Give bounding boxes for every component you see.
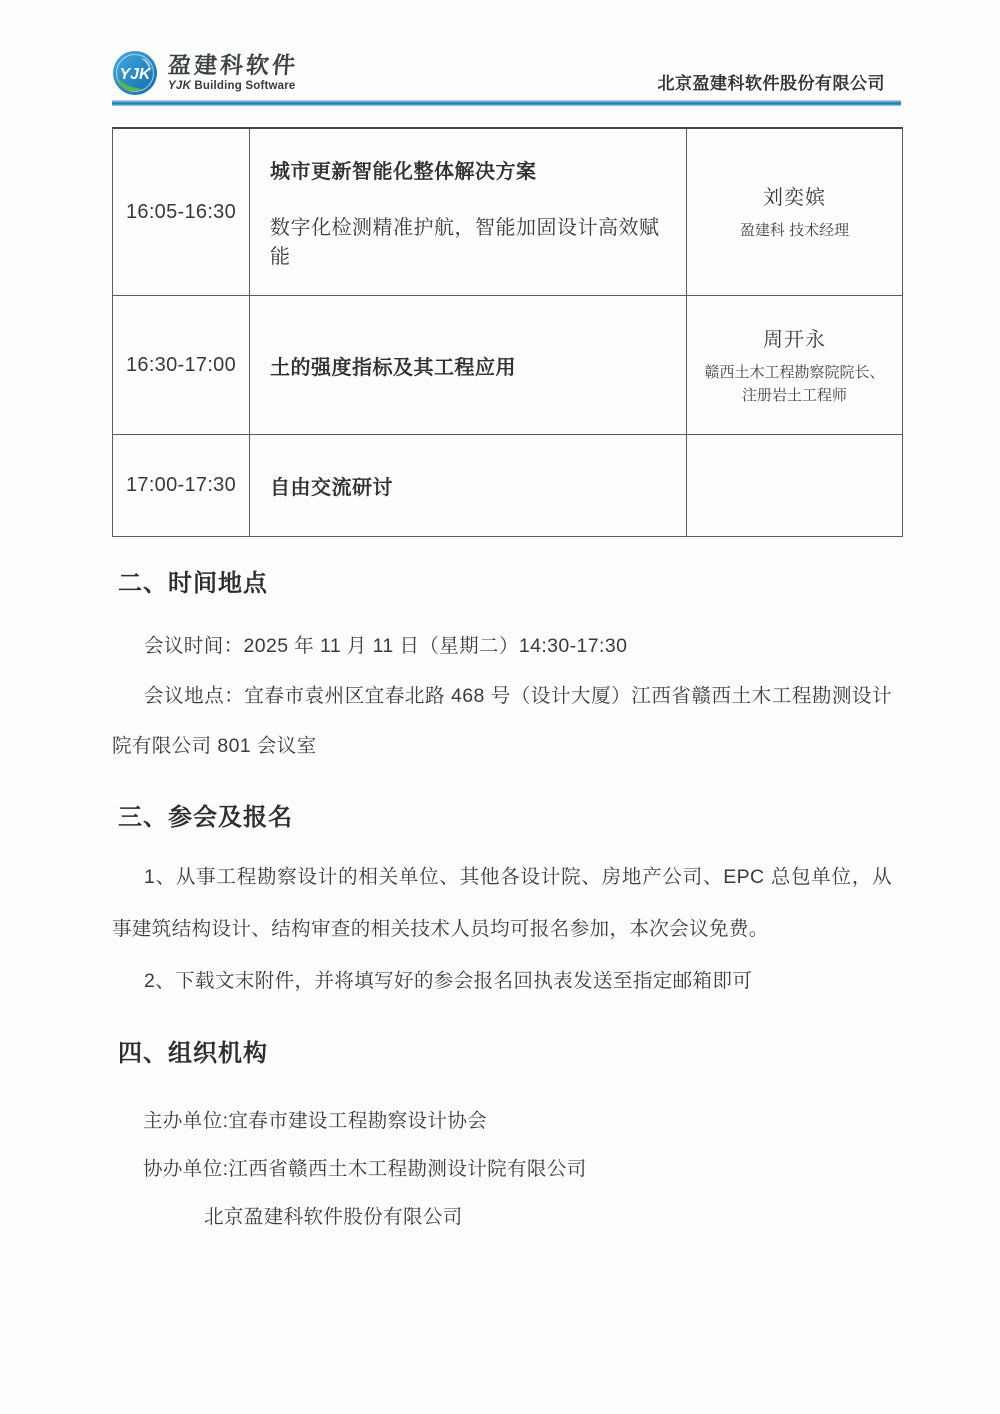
registration-item-1: 1、从事工程勘察设计的相关单位、其他各设计院、房地产公司、EPC 总包单位，从事… <box>112 851 892 955</box>
section-heading-time-location: 二、时间地点 <box>118 567 901 601</box>
agenda-time-cell: 16:05-16:30 <box>113 129 250 295</box>
meeting-time-text: 会议时间：2025 年 11 月 11 日（星期二）14:30-17:30 <box>112 621 892 671</box>
agenda-topic-cell: 土的强度指标及其工程应用 <box>250 296 687 434</box>
speaker-role: 赣西土木工程勘察院院长、 注册岩土工程师 <box>704 361 884 408</box>
agenda-topic-cell: 自由交流研讨 <box>250 435 687 536</box>
co-host-organization-2: 北京盈建科软件股份有限公司 <box>204 1193 901 1241</box>
session-subtitle: 数字化检测精准护航，智能加固设计高效赋能 <box>270 211 672 269</box>
session-title: 城市更新智能化整体解决方案 <box>270 155 672 184</box>
brand-en-rest: Building Software <box>191 80 296 92</box>
speaker-name: 刘奕嫔 <box>763 181 826 210</box>
speaker-role-line1: 赣西土木工程勘察院院长、 <box>704 361 884 384</box>
brand-name-en: YJK Building Software <box>168 81 298 93</box>
speaker-role: 盈建科 技术经理 <box>740 219 849 242</box>
registration-item-2: 2、下载文末附件，并将填写好的参会报名回执表发送至指定邮箱即可 <box>112 955 892 1007</box>
table-row: 17:00-17:30 自由交流研讨 <box>113 434 902 536</box>
session-title: 土的强度指标及其工程应用 <box>270 351 672 380</box>
header-divider-rule <box>112 100 901 106</box>
section-heading-registration: 三、参会及报名 <box>118 801 901 835</box>
speaker-role-line2: 注册岩土工程师 <box>704 384 884 407</box>
table-row: 16:30-17:00 土的强度指标及其工程应用 周开永 赣西土木工程勘察院院长… <box>113 295 902 434</box>
brand-en-yjk: YJK <box>168 80 191 92</box>
agenda-time-cell: 17:00-17:30 <box>113 435 250 536</box>
brand-text: 盈建科软件 YJK Building Software <box>168 54 298 93</box>
header-company-name: 北京盈建科软件股份有限公司 <box>658 69 886 94</box>
co-host-organization: 协办单位:江西省赣西土木工程勘测设计院有限公司 <box>143 1145 901 1193</box>
agenda-time-cell: 16:30-17:00 <box>113 296 250 434</box>
agenda-speaker-cell: 周开永 赣西土木工程勘察院院长、 注册岩土工程师 <box>687 296 902 434</box>
section-heading-organization: 四、组织机构 <box>118 1037 901 1071</box>
agenda-speaker-cell <box>687 435 902 536</box>
speaker-name: 周开永 <box>763 323 826 352</box>
agenda-topic-cell: 城市更新智能化整体解决方案 数字化检测精准护航，智能加固设计高效赋能 <box>250 129 687 295</box>
table-row: 16:05-16:30 城市更新智能化整体解决方案 数字化检测精准护航，智能加固… <box>113 129 902 295</box>
host-organization: 主办单位:宜春市建设工程勘察设计协会 <box>143 1097 901 1145</box>
agenda-table: 16:05-16:30 城市更新智能化整体解决方案 数字化检测精准护航，智能加固… <box>112 127 903 537</box>
organization-list: 主办单位:宜春市建设工程勘察设计协会 协办单位:江西省赣西土木工程勘测设计院有限… <box>112 1097 901 1241</box>
document-page: YJK 盈建科软件 YJK Building Software 北京盈建科软件股… <box>0 0 1000 1414</box>
yjk-logo-icon: YJK <box>112 50 158 96</box>
brand-name-cn: 盈建科软件 <box>167 54 299 77</box>
page-header: YJK 盈建科软件 YJK Building Software 北京盈建科软件股… <box>112 50 901 96</box>
session-title: 自由交流研讨 <box>270 471 672 500</box>
agenda-speaker-cell: 刘奕嫔 盈建科 技术经理 <box>687 129 902 295</box>
svg-text:YJK: YJK <box>119 66 152 83</box>
meeting-location-text: 会议地点：宜春市袁州区宜春北路 468 号（设计大厦）江西省赣西土木工程勘测设计… <box>112 671 892 771</box>
